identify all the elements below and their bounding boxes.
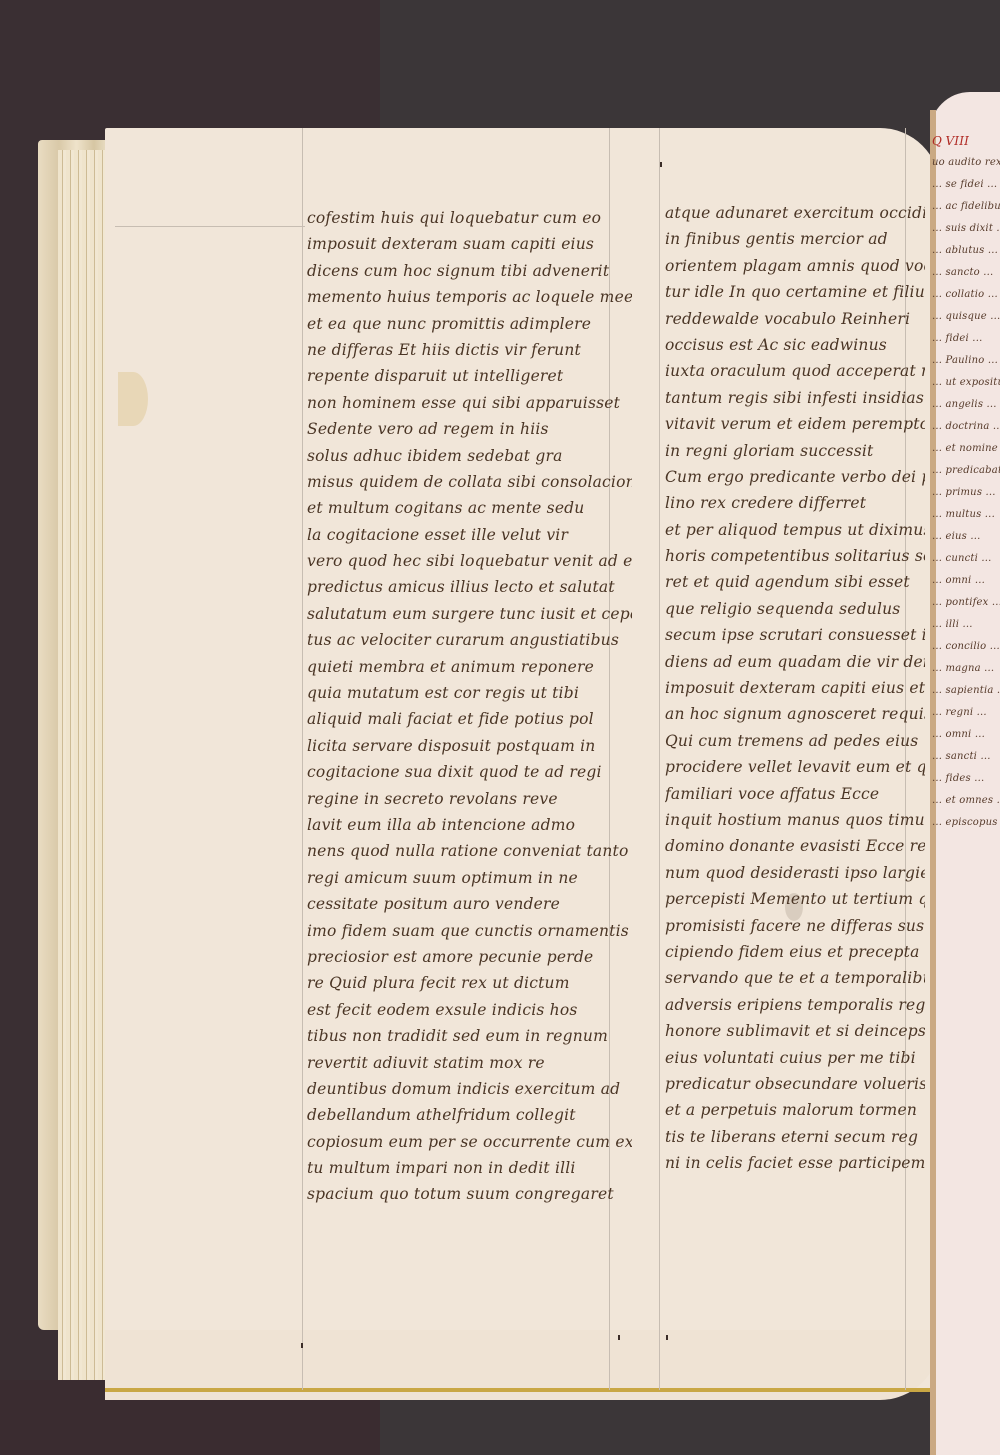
manuscript-line: ... se fidei ... [932,174,1000,196]
manuscript-line: imposuit dexteram suam capiti eius [307,231,632,257]
manuscript-line: domino donante evasisti Ecce reg [665,833,925,859]
manuscript-line: et a perpetuis malorum tormen [665,1097,925,1123]
manuscript-line: quia mutatum est cor regis ut tibi [307,680,632,706]
manuscript-line: ... omni ... [932,570,1000,592]
manuscript-line: ... primus ... [932,482,1000,504]
manuscript-line: ... suis dixit ... [932,218,1000,240]
manuscript-line: cipiendo fidem eius et precepta [665,939,925,965]
manuscript-line: diens ad eum quadam die vir dei [665,649,925,675]
manuscript-line: adversis eripiens temporalis regni [665,992,925,1018]
manuscript-line: predicatur obsecundare volueris [665,1071,925,1097]
manuscript-line: dicens cum hoc signum tibi advenerit [307,258,632,284]
manuscript-line: iuxta oraculum quod acceperat non [665,358,925,384]
manuscript-line: aliquid mali faciat et fide potius pol [307,706,632,732]
gilt-edge [105,1388,940,1392]
text-column-left: cofestim huis qui loquebatur cum eoimpos… [307,205,632,1208]
manuscript-line: tis te liberans eterni secum reg [665,1124,925,1150]
manuscript-line: ... quisque ... [932,306,1000,328]
manuscript-line: ret et quid agendum sibi esset [665,569,925,595]
manuscript-line: repente disparuit ut intelligeret [307,363,632,389]
manuscript-line: tus ac velociter curarum angustiatibus [307,627,632,653]
manuscript-line: predictus amicus illius lecto et salutat [307,574,632,600]
manuscript-line: lavit eum illa ab intencione admo [307,812,632,838]
manuscript-line: num quod desiderasti ipso largiente [665,860,925,886]
manuscript-line: lino rex credere differret [665,490,925,516]
manuscript-line: et multum cogitans ac mente sedu [307,495,632,521]
text-column-right: atque adunaret exercitum occiditin finib… [665,200,925,1176]
manuscript-line: ... Paulino ... [932,350,1000,372]
manuscript-line: copiosum eum per se occurrente cum exerc… [307,1129,632,1155]
manuscript-line: ... fidei ... [932,328,1000,350]
manuscript-line: ... ac fidelibus ... [932,196,1000,218]
manuscript-line: ... ablutus ... [932,240,1000,262]
manuscript-line: imposuit dexteram capiti eius et [665,675,925,701]
manuscript-line: orientem plagam amnis quod voca [665,253,925,279]
manuscript-line: que religio sequenda sedulus [665,596,925,622]
manuscript-line: ... magna ... [932,658,1000,680]
manuscript-line: ... regni ... [932,702,1000,724]
prick-mark [618,1335,620,1340]
manuscript-line: ... multus ... [932,504,1000,526]
manuscript-line: ... concilio ... [932,636,1000,658]
rubric-initial: Q [932,134,942,148]
prick-mark [666,1335,668,1340]
prick-mark [301,1343,303,1348]
manuscript-line: spacium quo totum suum congregaret [307,1181,632,1207]
manuscript-line: Qui cum tremens ad pedes eius [665,728,925,754]
manuscript-line: percepisti Memento ut tertium quod [665,886,925,912]
manuscript-line: deuntibus domum indicis exercitum ad [307,1076,632,1102]
manuscript-line: ... sapientia ... [932,680,1000,702]
manuscript-line: vitavit verum et eidem perempto [665,411,925,437]
manuscript-line: in regni gloriam successit [665,438,925,464]
manuscript-line: regi amicum suum optimum in ne [307,865,632,891]
manuscript-line: ... illi ... [932,614,1000,636]
manuscript-line: imo fidem suam que cunctis ornamentis [307,918,632,944]
manuscript-line: honore sublimavit et si deinceps [665,1018,925,1044]
manuscript-line: preciosior est amore pecunie perde [307,944,632,970]
manuscript-line: reddewalde vocabulo Reinheri [665,306,925,332]
manuscript-line: ... predicabatur ... [932,460,1000,482]
manuscript-line: ni in celis faciet esse participem [665,1150,925,1176]
manuscript-line: vero quod hec sibi loquebatur venit ad e… [307,548,632,574]
manuscript-line: ... et omnes ... [932,790,1000,812]
manuscript-line: secum ipse scrutari consuesset ingre [665,622,925,648]
manuscript-line: licita servare disposuit postquam in [307,733,632,759]
manuscript-line: la cogitacione esset ille velut vir [307,522,632,548]
manuscript-line: inquit hostium manus quos timuisti [665,807,925,833]
manuscript-line: an hoc signum agnosceret requisivit [665,701,925,727]
manuscript-line: regine in secreto revolans reve [307,786,632,812]
manuscript-line: ... fides ... [932,768,1000,790]
manuscript-line: tu multum impari non in dedit illi [307,1155,632,1181]
manuscript-line: tibus non tradidit sed eum in regnum [307,1023,632,1049]
manuscript-line: et ea que nunc promittis adimplere [307,311,632,337]
ruling-line-mid-right [659,128,660,1390]
manuscript-line: atque adunaret exercitum occidit [665,200,925,226]
manuscript-line: ... angelis ... [932,394,1000,416]
manuscript-line: ... omni ... [932,724,1000,746]
manuscript-line: re Quid plura fecit rex ut dictum [307,970,632,996]
manuscript-line: solus adhuc ibidem sedebat gra [307,443,632,469]
manuscript-line: et per aliquod tempus ut diximus [665,517,925,543]
manuscript-line: uo audito rex ... [932,152,1000,174]
manuscript-line: quieti membra et animum reponere [307,654,632,680]
manuscript-line: salutatum eum surgere tunc iusit et cepe… [307,601,632,627]
manuscript-line: cofestim huis qui loquebatur cum eo [307,205,632,231]
manuscript-line: in finibus gentis mercior ad [665,226,925,252]
manuscript-line: ... episcopus ... [932,812,1000,834]
manuscript-line: eius voluntati cuius per me tibi [665,1045,925,1071]
manuscript-line: revertit adiuvit statim mox re [307,1050,632,1076]
manuscript-line: ... doctrina ... [932,416,1000,438]
manuscript-line: tantum regis sibi infesti insidias [665,385,925,411]
manuscript-line: ... pontifex ... [932,592,1000,614]
manuscript-line: ... ut expositus ... [932,372,1000,394]
manuscript-line: familiari voce affatus Ecce [665,781,925,807]
manuscript-line: est fecit eodem exsule indicis hos [307,997,632,1023]
manuscript-line: ... collatio ... [932,284,1000,306]
manuscript-line: nens quod nulla ratione conveniat tanto [307,838,632,864]
manuscript-line: non hominem esse qui sibi apparuisset [307,390,632,416]
chapter-heading: VIII [945,134,969,148]
manuscript-line: horis competentibus solitarius sede [665,543,925,569]
manuscript-line: occisus est Ac sic eadwinus [665,332,925,358]
manuscript-line: Sedente vero ad regem in hiis [307,416,632,442]
manuscript-line: ... eius ... [932,526,1000,548]
manuscript-line: Cum ergo predicante verbo dei pau [665,464,925,490]
manuscript-line: servando que te et a temporalibus [665,965,925,991]
manuscript-line: misus quidem de collata sibi consolacion… [307,469,632,495]
manuscript-line: ne differas Et hiis dictis vir ferunt [307,337,632,363]
parchment-stain [118,372,148,426]
manuscript-line: tur idle In quo certamine et filius [665,279,925,305]
prick-mark [660,162,662,167]
manuscript-line: ... et nomine ... [932,438,1000,460]
manuscript-line: memento huius temporis ac loquele mee [307,284,632,310]
manuscript-line: debellandum athelfridum collegit [307,1102,632,1128]
ruling-line-left [302,128,303,1390]
manuscript-line: procidere vellet levavit eum et quasi [665,754,925,780]
manuscript-line: cessitate positum auro vendere [307,891,632,917]
text-column-facing: Q VIII uo audito rex ...... se fidei ...… [932,130,1000,834]
manuscript-line: ... sancto ... [932,262,1000,284]
manuscript-line: cogitacione sua dixit quod te ad regi [307,759,632,785]
manuscript-line: ... cuncti ... [932,548,1000,570]
ruling-line-horizontal [115,226,305,227]
manuscript-line: promisisti facere ne differas sus [665,913,925,939]
manuscript-line: ... sancti ... [932,746,1000,768]
